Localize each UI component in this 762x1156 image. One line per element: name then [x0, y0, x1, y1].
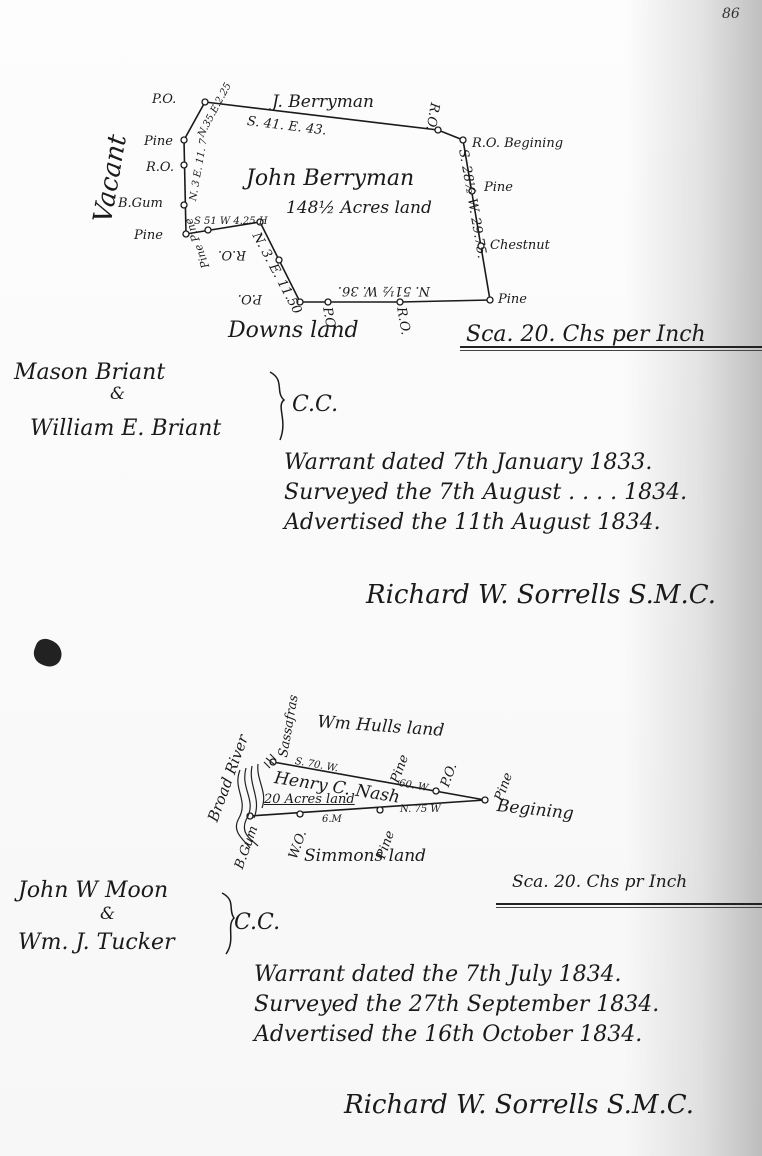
- corner-r-o-left: R.O.: [146, 160, 174, 175]
- plat1-south-adjoiner: Downs land: [228, 318, 359, 343]
- scale-rule-1: [460, 346, 762, 348]
- corner-b-gum: B.Gum: [118, 196, 163, 211]
- plat1-north-adjoiner: J. Berryman: [272, 92, 374, 112]
- entry1-surveyed: Surveyed the 7th August . . . . 1834.: [284, 480, 687, 505]
- scale-rule-2: [496, 903, 762, 905]
- plat2-south-adjoiner: Simmons land: [304, 846, 426, 866]
- corner-r-o-beginning: R.O. Begining: [472, 136, 563, 151]
- plat1-tract-acres: 148½ Acres land: [286, 198, 432, 218]
- corner-pine-lower: Pine: [134, 228, 163, 243]
- corner-p-o-inner: P.O.: [238, 291, 262, 306]
- scale-rule-2b: [496, 907, 762, 908]
- entry1-claimant-2: William E. Briant: [30, 416, 221, 441]
- plat2-south-call: N. 75 W: [400, 804, 441, 815]
- entry2-ampersand: &: [100, 904, 115, 924]
- entry2-warrant: Warrant dated the 7th July 1834.: [254, 962, 622, 987]
- entry1-signature: Richard W. Sorrells S.M.C.: [366, 580, 716, 610]
- entry1-claimant-1: Mason Briant: [14, 360, 165, 385]
- corner-pine-east: Pine: [484, 180, 513, 195]
- plat1-inner-short-call: S 51 W 4.25 H: [194, 216, 268, 227]
- entry1-warrant: Warrant dated 7th January 1833.: [284, 450, 652, 475]
- scale-rule-1b: [460, 350, 762, 351]
- plat1-tract-owner: John Berryman: [246, 166, 414, 191]
- entry1-advertised: Advertised the 11th August 1834.: [284, 510, 661, 535]
- corner-chestnut: Chestnut: [490, 238, 550, 253]
- entry2-claimant-2: Wm. J. Tucker: [18, 930, 175, 955]
- plat1-south-call: N. 51½ W. 36.: [338, 283, 430, 298]
- plat2-scale: Sca. 20. Chs pr Inch: [512, 872, 687, 892]
- entry2-surveyed: Surveyed the 27th September 1834.: [254, 992, 659, 1017]
- entry2-county: C.C.: [234, 910, 280, 935]
- entry1-ampersand: &: [110, 384, 125, 404]
- corner-p-o-top: P.O.: [152, 92, 176, 107]
- entry2-claimant-1: John W Moon: [18, 878, 168, 903]
- entry2-advertised: Advertised the 16th October 1834.: [254, 1022, 642, 1047]
- entry1-county: C.C.: [292, 392, 338, 417]
- corner-pine-se: Pine: [498, 292, 527, 307]
- corner-pine-upper: Pine: [144, 134, 173, 149]
- plat2-south-dist: 6.M: [322, 814, 342, 825]
- plat2-tract-acres: 20 Acres land: [264, 792, 355, 807]
- corner-r-o-inner: R.O.: [218, 247, 246, 262]
- plat1-scale: Sca. 20. Chs per Inch: [466, 322, 706, 347]
- entry2-signature: Richard W. Sorrells S.M.C.: [344, 1090, 694, 1120]
